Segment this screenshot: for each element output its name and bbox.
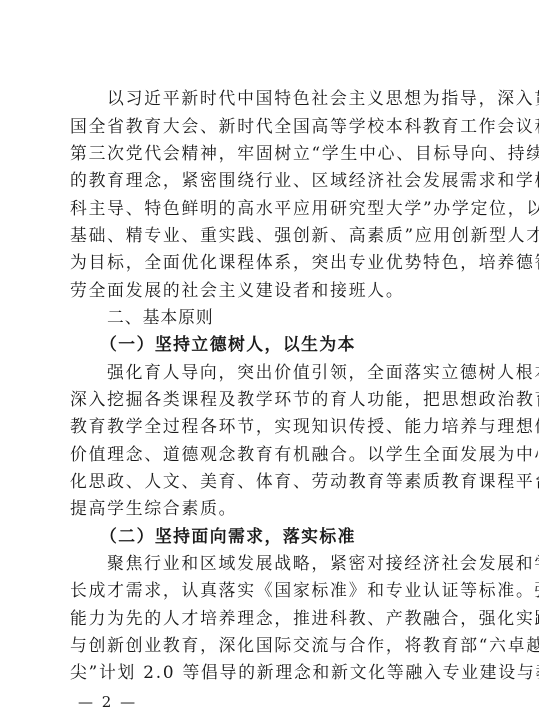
section-heading: 二、基本原则	[107, 304, 214, 331]
subsection-1-heading: （一）坚持立德树人，以生为本	[100, 331, 356, 358]
subsection-2-line-5: 尖”计划 2.0 等倡导的新理念和新文化等融入专业建设与教学改	[70, 659, 482, 686]
paragraph-1-line-1: 以习近平新时代中国特色社会主义思想为指导，深入贯彻全	[70, 85, 482, 112]
subsection-1-line-1: 强化育人导向，突出价值引领，全面落实立德树人根本任务，	[70, 359, 482, 386]
paragraph-1-line-6: 基础、精专业、重实践、强创新、高素质”应用创新型人才培养	[70, 222, 482, 249]
subsection-2-line-2: 长成才需求，认真落实《国家标准》和专业认证等标准。强化以	[70, 577, 482, 604]
document-page: 以习近平新时代中国特色社会主义思想为指导，深入贯彻全 国全省教育大会、新时代全国…	[0, 0, 539, 725]
paragraph-1-line-4: 的教育理念，紧密围绕行业、区域经济社会发展需求和学校“工	[70, 167, 482, 194]
paragraph-1-line-2: 国全省教育大会、新时代全国高等学校本科教育工作会议和学校	[70, 113, 482, 140]
subsection-1-line-5: 化思政、人文、美育、体育、劳动教育等素质教育课程平台建设，	[70, 468, 482, 495]
subsection-2-heading: （二）坚持面向需求，落实标准	[100, 523, 356, 550]
paragraph-1-line-3: 第三次党代会精神，牢固树立“学生中心、目标导向、持续改进”	[70, 140, 482, 167]
paragraph-1-line-5: 科主导、特色鲜明的高水平应用研究型大学”办学定位，以“厚	[70, 195, 482, 222]
subsection-1-line-4: 价值理念、道德观念教育有机融合。以学生全面发展为中心，强	[70, 441, 482, 468]
paragraph-1-line-7: 为目标，全面优化课程体系，突出专业优势特色，培养德智体美	[70, 249, 482, 276]
subsection-2-line-1: 聚焦行业和区域发展战略，紧密对接经济社会发展和学生成	[70, 550, 482, 577]
subsection-2-line-4: 与创新创业教育，深化国际交流与合作，将教育部“六卓越一拔	[70, 632, 482, 659]
subsection-1-line-3: 教育教学全过程各环节，实现知识传授、能力培养与理想信念、	[70, 413, 482, 440]
subsection-1-line-6: 提高学生综合素质。	[70, 495, 482, 522]
subsection-1-line-2: 深入挖掘各类课程及教学环节的育人功能，把思想政治教育贯穿	[70, 386, 482, 413]
paragraph-1-line-8: 劳全面发展的社会主义建设者和接班人。	[70, 277, 482, 304]
page-number: — 2 —	[78, 690, 137, 714]
subsection-2-line-3: 能力为先的人才培养理念，推进科教、产教融合，强化实践教学	[70, 605, 482, 632]
